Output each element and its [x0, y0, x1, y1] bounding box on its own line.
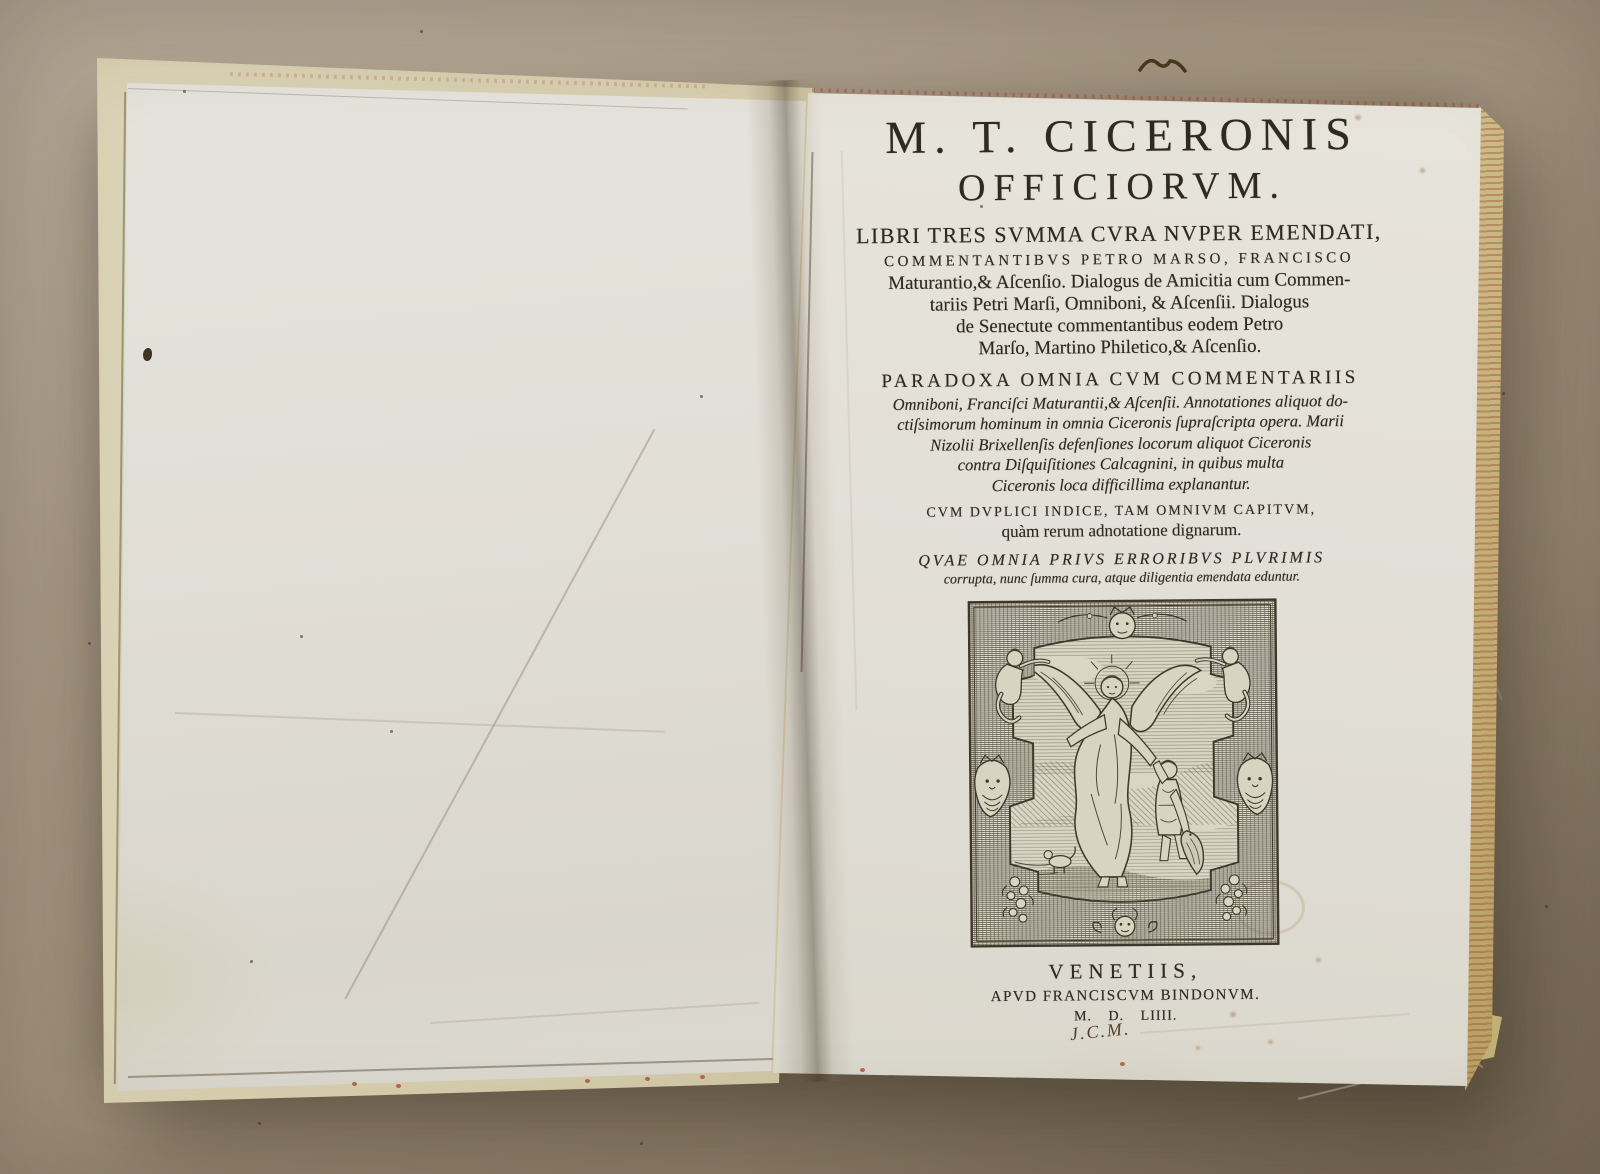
dust-speck [1502, 392, 1505, 395]
title-page-content: M. T. CICERONIS OFFICIORVM. LIBRI TRES S… [802, 93, 1443, 1088]
edition-statement-caps: LIBRI TRES SVMMA CVRA NVPER EMENDATI, [803, 219, 1435, 249]
paradoxa-line: Ciceronis loca difficillima explanantur. [805, 472, 1437, 498]
errata-note-line: corrupta, nunc ſumma cura, atque diligen… [806, 568, 1438, 589]
ink-speck [183, 90, 186, 93]
imprint-publisher: APVD FRANCISCVM BINDONVM. [809, 985, 1441, 1007]
ink-speck [250, 960, 253, 963]
woodcut-scene [1003, 622, 1245, 915]
dust-speck [88, 642, 91, 645]
paradoxa-caps: PARADOXA OMNIA CVM COMMENTARIIS [804, 367, 1436, 394]
raphael-tobias-woodcut [961, 594, 1286, 951]
dust-speck [640, 1142, 643, 1145]
dust-speck [1545, 905, 1548, 908]
red-edge-speck [700, 1075, 705, 1079]
red-edge-speck [645, 1077, 650, 1081]
edition-line: Marſo, Martino Philetico,& Aſcenſio. [804, 335, 1436, 363]
imprint-place: VENETIIS, [809, 957, 1441, 986]
surface-crack [1138, 50, 1188, 84]
edition-statement-body: Maturantio,& Aſcenſio. Dialogus de Amici… [803, 269, 1436, 363]
ink-speck [700, 395, 703, 398]
ink-speck [300, 635, 303, 638]
ink-speck [390, 730, 393, 733]
book-title-line-2: OFFICIORVM. [802, 163, 1434, 211]
red-edge-speck [352, 1082, 357, 1086]
photo-open-antique-book: M. T. CICERONIS OFFICIORVM. LIBRI TRES S… [0, 0, 1600, 1174]
paradoxa-body: Omniboni, Franciſci Maturantii,& Aſcenſi… [804, 390, 1437, 498]
dust-speck [420, 30, 423, 33]
book-title-line-1: M. T. CICERONIS [802, 107, 1434, 164]
red-edge-speck [396, 1084, 401, 1088]
dust-speck [258, 1122, 261, 1125]
edition-statement-smallcaps: COMMENTANTIBVS PETRO MARSO, FRANCISCO [803, 249, 1435, 271]
red-edge-speck [585, 1079, 590, 1083]
